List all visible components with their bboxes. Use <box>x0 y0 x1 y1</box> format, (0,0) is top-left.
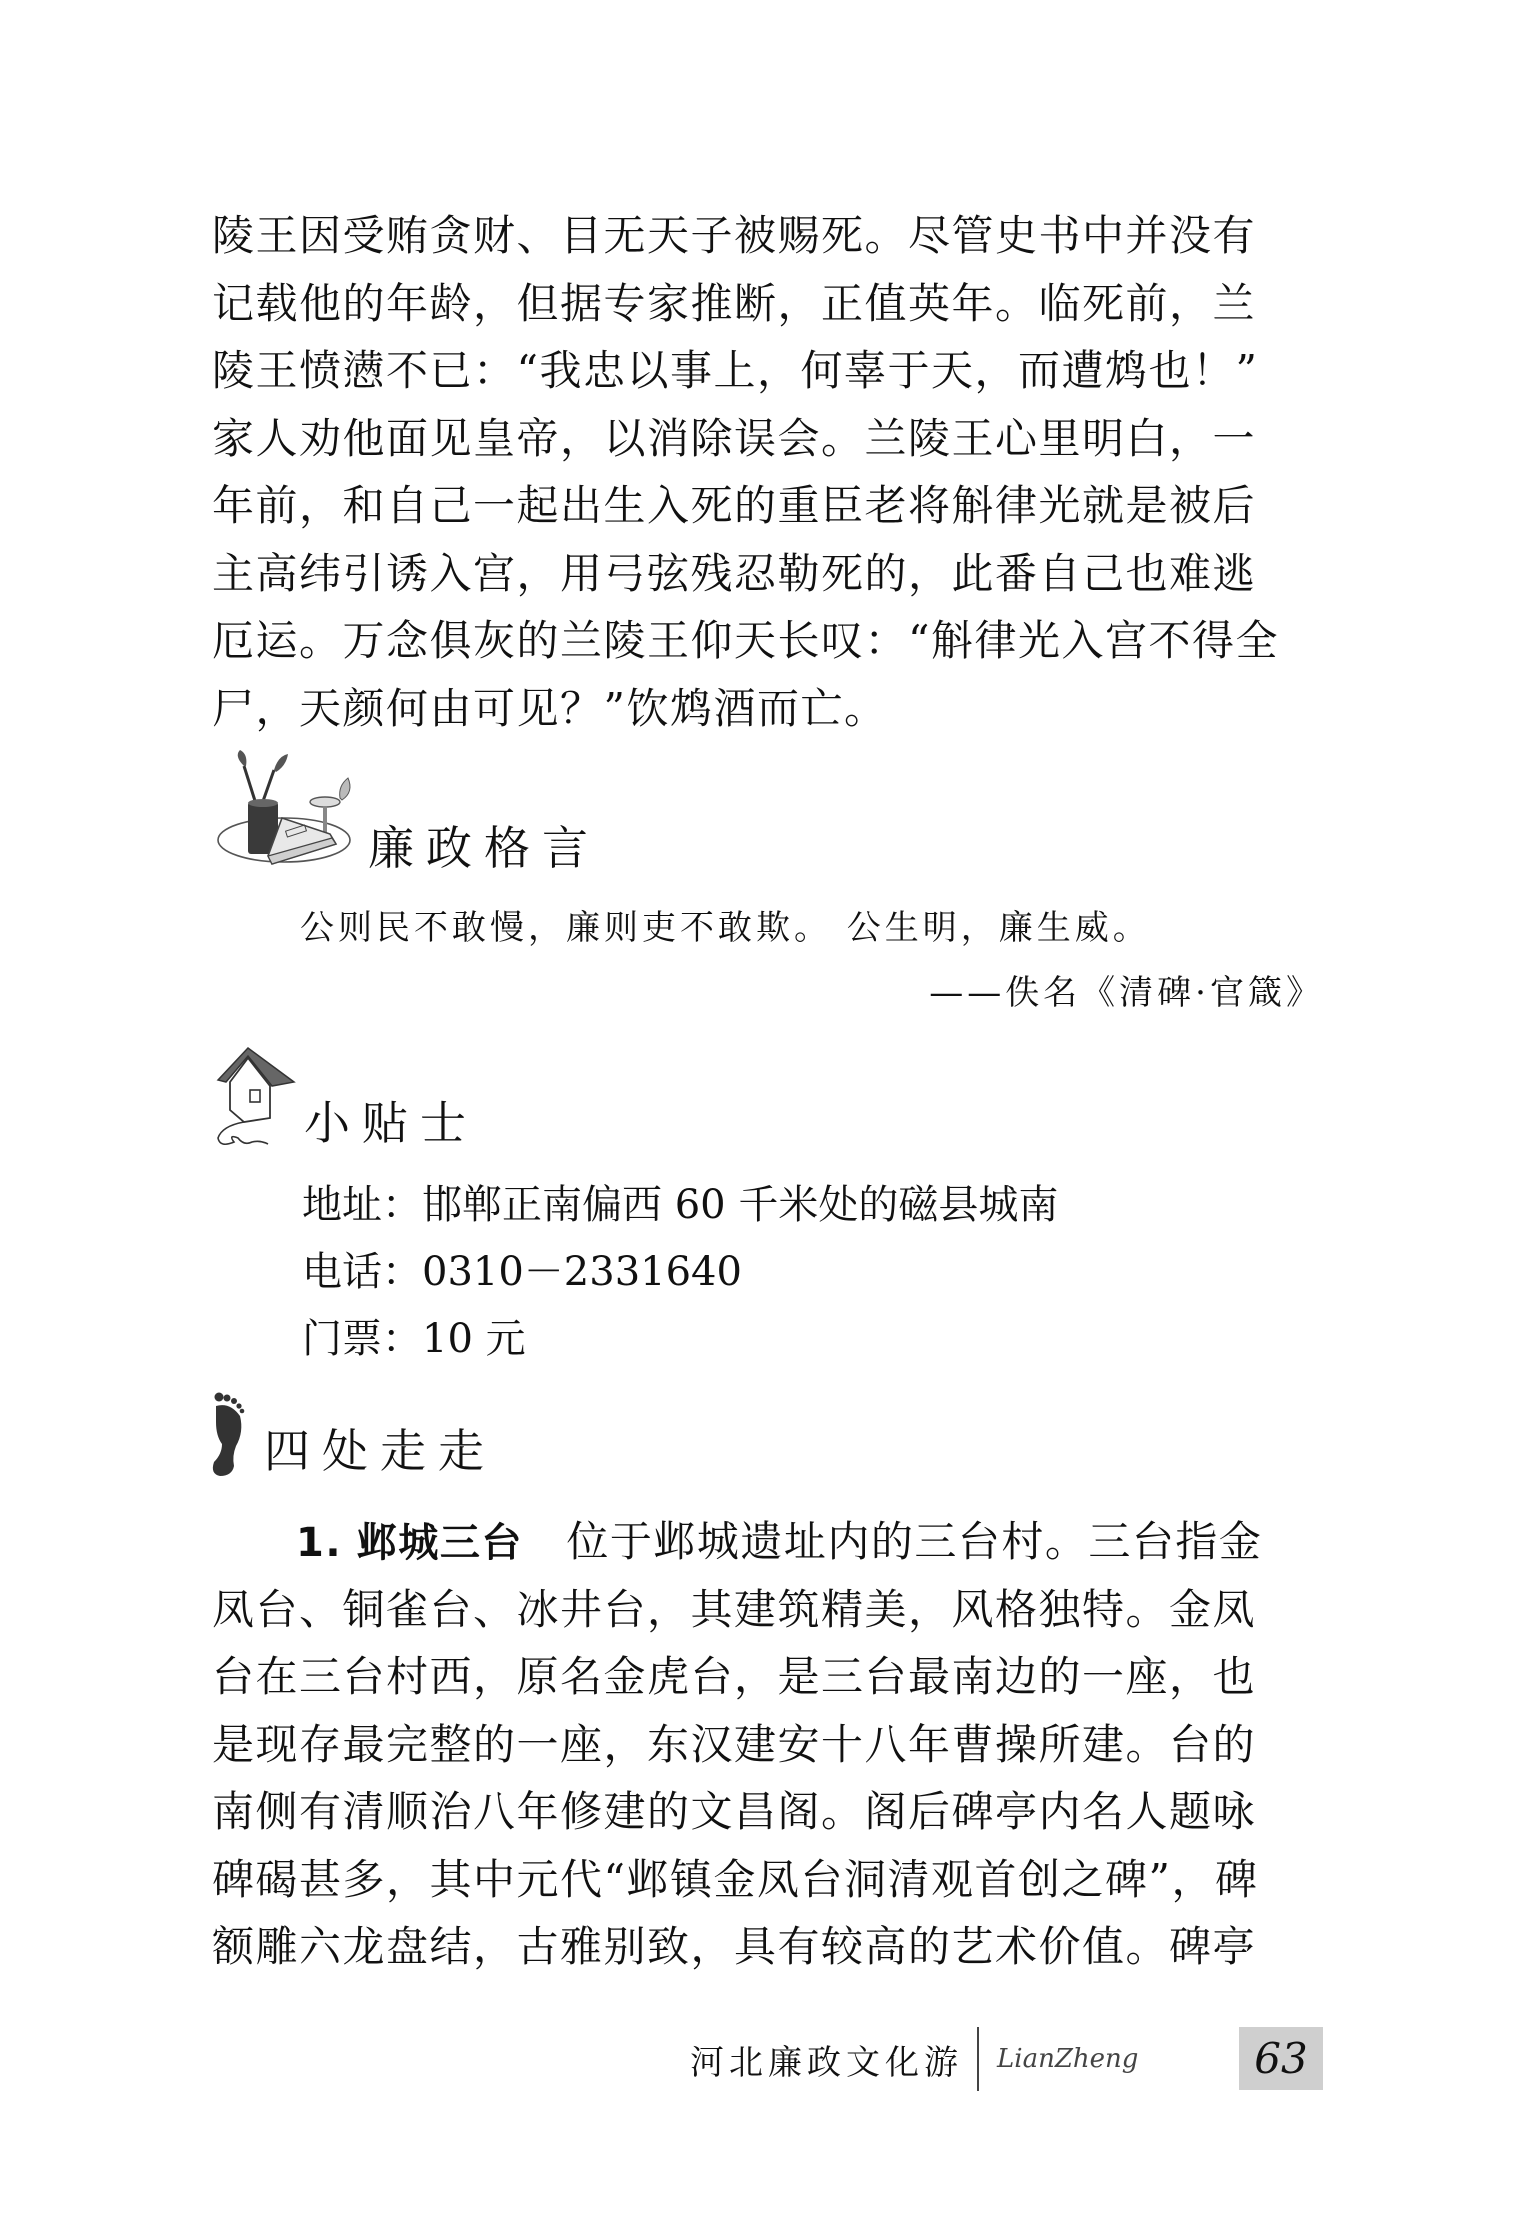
text-line: 南侧有清顺治八年修建的文昌阁。阁后碑亭内名人题咏 <box>212 1778 1328 1846</box>
ticket-label: 门票： <box>302 1316 422 1362</box>
text-line: 主高纬引诱入宫，用弓弦残忍勒死的，此番自己也难逃 <box>212 540 1328 608</box>
text-line: 碑碣甚多，其中元代“邺镇金凤台洞清观首创之碑”，碑 <box>212 1846 1328 1914</box>
text-line: 尸，天颜何由可见？”饮鸩酒而亡。 <box>212 675 1328 743</box>
phone-label: 电话： <box>302 1249 422 1295</box>
ticket-value: 10 元 <box>422 1316 526 1362</box>
text-line: 额雕六龙盘结，古雅别致，具有较高的艺术价值。碑亭 <box>212 1913 1328 1981</box>
walk-item-paragraph: 1. 邺城三台 位于邺城遗址内的三台村。三台指金 凤台、铜雀台、冰井台，其建筑精… <box>212 1508 1328 1981</box>
address-label: 地址： <box>302 1182 422 1228</box>
tips-info-list: 地址：邯郸正南偏西 60 千米处的磁县城南 电话：0310－2331640 门票… <box>302 1172 1058 1373</box>
footprint-icon <box>210 1392 250 1483</box>
text-line: 记载他的年龄，但据专家推断，正值英年。临死前，兰 <box>212 270 1328 338</box>
house-icon <box>212 1042 300 1157</box>
phone-row: 电话：0310－2331640 <box>302 1239 1058 1306</box>
address-row: 地址：邯郸正南偏西 60 千米处的磁县城南 <box>302 1172 1058 1239</box>
item-number: 1. <box>296 1520 342 1566</box>
text-line: 陵王因受贿贪财、目无天子被赐死。尽管史书中并没有 <box>212 202 1328 270</box>
text-line: 是现存最完整的一座，东汉建安十八年曹操所建。台的 <box>212 1711 1328 1779</box>
text-line: 家人劝他面见皇帝，以消除误会。兰陵王心里明白，一 <box>212 405 1328 473</box>
section-title: 小贴士 <box>304 1087 478 1153</box>
page-footer: 河北廉政文化游 LianZheng <box>690 2026 1138 2092</box>
book-title: 河北廉政文化游 <box>690 2035 963 2084</box>
footer-script-text: LianZheng <box>997 2044 1138 2074</box>
motto-section-heading: 廉政格言 <box>212 748 600 878</box>
walk-section-heading: 四处走走 <box>210 1392 496 1483</box>
ticket-row: 门票：10 元 <box>302 1306 1058 1373</box>
item-text: 位于邺城遗址内的三台村。三台指金 <box>566 1517 1262 1566</box>
text-line: 厄运。万念俱灰的兰陵王仰天长叹：“斛律光入宫不得全 <box>212 607 1328 675</box>
address-value: 邯郸正南偏西 60 千米处的磁县城南 <box>422 1182 1058 1228</box>
section-title: 四处走走 <box>264 1415 496 1481</box>
tips-section-heading: 小贴士 <box>212 1042 478 1157</box>
text-line: 年前，和自己一起出生入死的重臣老将斛律光就是被后 <box>212 472 1328 540</box>
body-paragraph: 陵王因受贿贪财、目无天子被赐死。尽管史书中并没有 记载他的年龄，但据专家推断，正… <box>212 202 1328 742</box>
phone-value: 0310－2331640 <box>422 1249 742 1295</box>
page-number: 63 <box>1254 2034 1307 2083</box>
text-line: 台在三台村西，原名金虎台，是三台最南边的一座，也 <box>212 1643 1328 1711</box>
text-line: 陵王愤懑不已：“我忠以事上，何辜于天，而遭鸩也！” <box>212 337 1328 405</box>
text-line: 凤台、铜雀台、冰井台，其建筑精美，风格独特。金凤 <box>212 1576 1328 1644</box>
footer-divider <box>977 2027 979 2091</box>
brush-pot-lamp-book-icon <box>212 748 362 878</box>
text-line: 1. 邺城三台 位于邺城遗址内的三台村。三台指金 <box>212 1508 1328 1576</box>
page-number-box: 63 <box>1239 2027 1323 2090</box>
item-title: 邺城三台 <box>357 1520 523 1566</box>
motto-source: ——佚名《清碑·官箴》 <box>929 965 1324 1014</box>
section-title: 廉政格言 <box>368 812 600 878</box>
motto-quote: 公则民不敢慢，廉则吏不敢欺。 公生明，廉生威。 <box>300 900 1151 949</box>
